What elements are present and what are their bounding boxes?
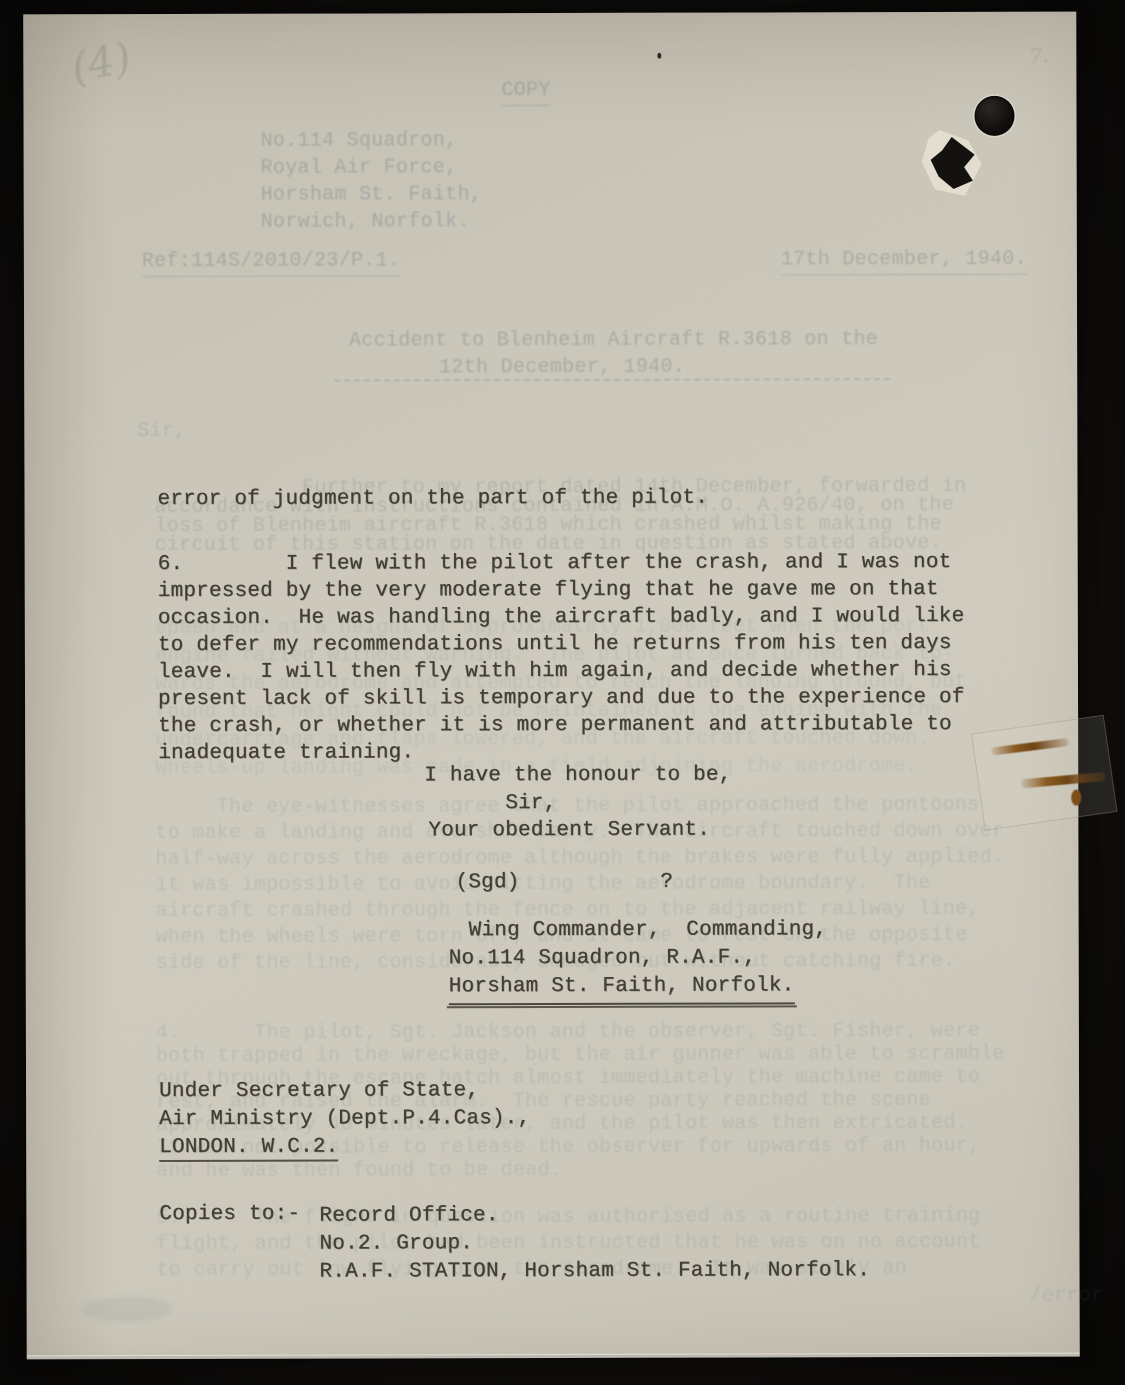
paper-tear [922, 130, 982, 196]
ghost-end-mark-text: /error [1030, 1284, 1104, 1310]
signature-block: Wing Commander, Commanding, No.114 Squad… [449, 916, 828, 1005]
carryover-line: error of judgment on the part of the pil… [157, 487, 708, 511]
closing-sir: Sir, [505, 792, 556, 815]
addressee-city: LONDON. W.C.2. [159, 1136, 338, 1162]
ghost-subject-line: 12th December, 1940. [349, 353, 878, 381]
bottom-smudge [83, 1296, 173, 1322]
addressee-dept: Air Ministry (Dept.P.4.Cas)., [159, 1105, 530, 1134]
closing-honour: I have the honour to be, [424, 764, 731, 788]
paragraph-6-line: to defer my recommendations until he ret… [158, 630, 965, 659]
ghost-salutation-text: Sir, [137, 418, 186, 445]
rust-dot [1071, 790, 1081, 806]
addressee-title: Under Secretary of State, [159, 1077, 530, 1106]
ghost-subject-line: Accident to Blenheim Aircraft R.3618 on … [349, 326, 878, 354]
paragraph-6-line: impressed by the very moderate flying th… [158, 576, 965, 605]
ghost-line: 4. The pilot, Sgt. Jackson and the obser… [156, 1020, 1005, 1045]
pencil-annotation: (4) [67, 32, 135, 92]
ghost-line: The eye-witnesses agree that the pilot a… [155, 793, 1004, 821]
ghost-address-line: Horsham St. Faith, [261, 181, 483, 209]
copies-item: No.2. Group. [319, 1229, 870, 1258]
ghost-sender-address: No.114 Squadron, Royal Air Force, Horsha… [261, 127, 483, 236]
ghost-ref-text: Ref:114S/2010/23/P.1. [142, 247, 400, 277]
paragraph-6: 6. I flew with the pilot after the crash… [158, 549, 965, 767]
ghost-line: half-way across the aerodrome although t… [155, 845, 1004, 873]
ghost-date: 17th December, 1940. [781, 246, 1027, 276]
ghost-subject: Accident to Blenheim Aircraft R.3618 on … [349, 326, 878, 381]
ghost-salutation: Sir, [137, 418, 186, 445]
ghost-reference: Ref:114S/2010/23/P.1. [142, 247, 400, 277]
ink-speck [657, 53, 661, 59]
copies-list: Record Office. No.2. Group. R.A.F. STATI… [319, 1201, 870, 1286]
ghost-address-line: Royal Air Force, [261, 154, 483, 182]
paper-shading-left [23, 14, 117, 1356]
pencil-corner-mark: 7. [1028, 43, 1049, 69]
paper-shading-top [23, 12, 1076, 135]
copies-item: R.A.F. STATION, Horsham St. Faith, Norfo… [320, 1257, 871, 1286]
ghost-copy-text: COPY [501, 77, 550, 106]
ghost-subject-rule [334, 378, 890, 381]
signature-station: Horsham St. Faith, Norfolk. [449, 972, 795, 1005]
copies-item: Record Office. [319, 1201, 870, 1230]
paragraph-6-line: the crash, or whether it is more permane… [158, 711, 965, 740]
copies-label: Copies to:- [159, 1203, 300, 1226]
ghost-copy-stamp: COPY [501, 77, 550, 106]
paragraph-6-line: present lack of skill is temporary and d… [158, 684, 965, 713]
ghost-address-line: No.114 Squadron, [261, 127, 483, 155]
signature-rank: Wing Commander, Commanding, [449, 916, 828, 945]
ghost-date-text: 17th December, 1940. [781, 246, 1027, 276]
paragraph-6-line: inadequate training. [158, 738, 965, 767]
ghost-line: both trapped in the wreckage, but the ai… [156, 1043, 1005, 1068]
ghost-end-mark: /error [1030, 1284, 1104, 1310]
closing-servant: Your obedient Servant. [428, 819, 710, 843]
addressee-block: Under Secretary of State, Air Ministry (… [159, 1077, 530, 1162]
letter-page: (4) 7. COPY No.114 Squadron, Royal Air F… [23, 12, 1080, 1357]
paragraph-6-line: leave. I will then fly with him again, a… [158, 657, 965, 686]
scanned-letter-screenshot: { "artifact_colors": { "backdrop": "#121… [0, 0, 1125, 1385]
paragraph-6-line: occasion. He was handling the aircraft b… [158, 603, 965, 632]
signature-unit: No.114 Squadron, R.A.F., [449, 944, 828, 973]
signature-sgd: (Sgd) ? [455, 871, 673, 895]
ghost-address-line: Norwich, Norfolk. [261, 208, 483, 236]
paragraph-6-line: 6. I flew with the pilot after the crash… [158, 549, 965, 578]
